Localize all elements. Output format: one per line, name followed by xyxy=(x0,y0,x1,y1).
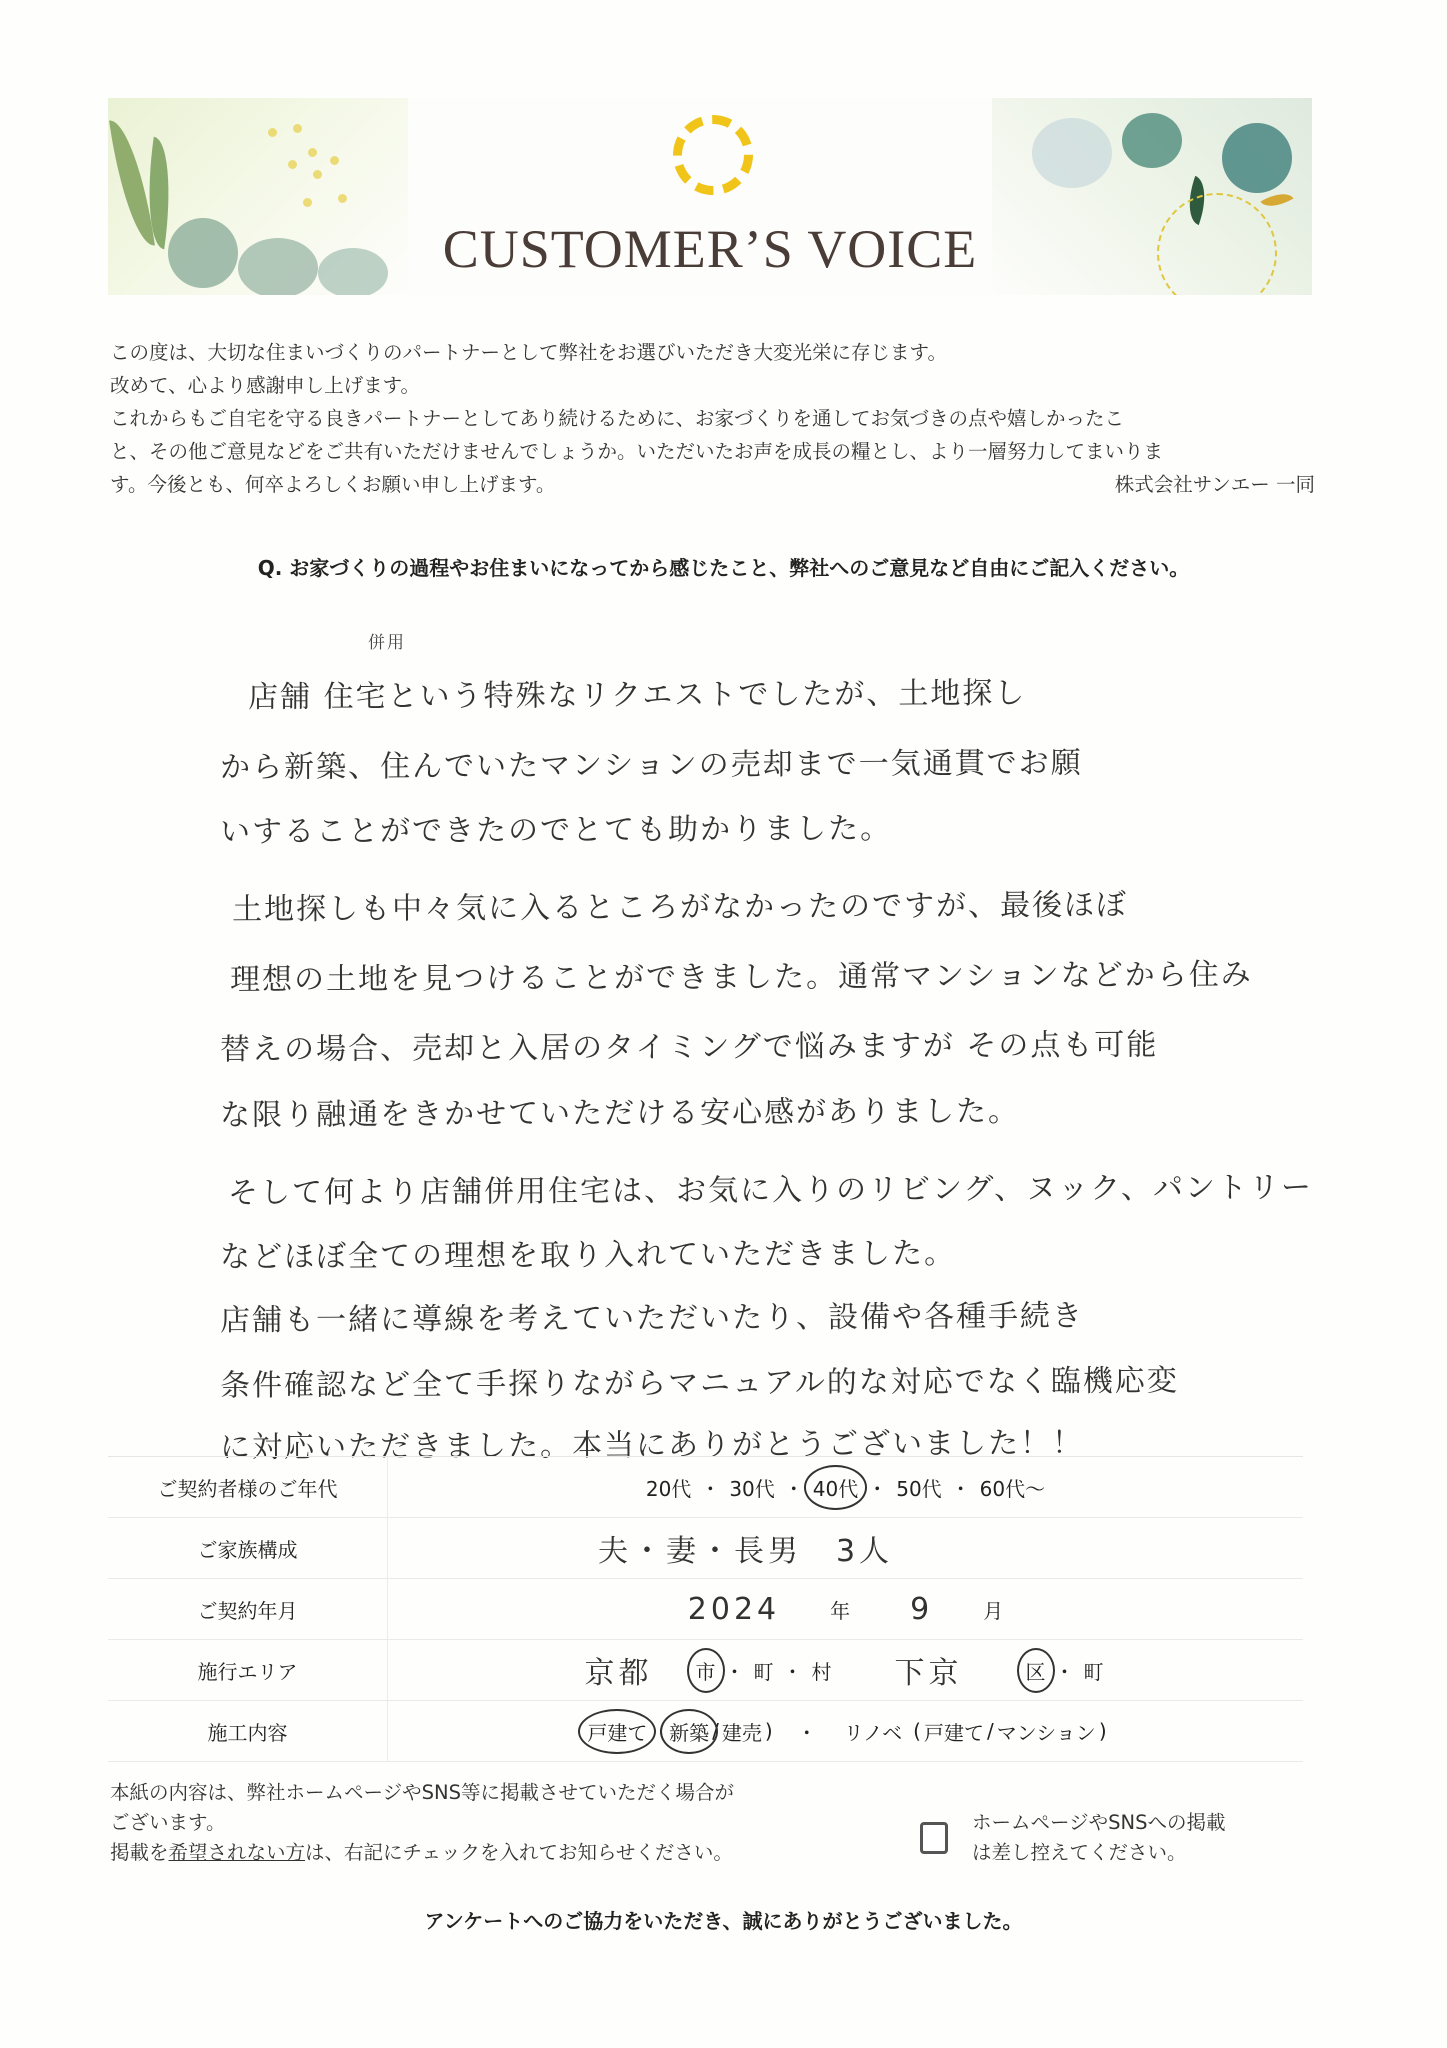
work-kodate-selected[interactable]: 戸建て xyxy=(584,1717,650,1746)
ward-option[interactable]: 町 xyxy=(1081,1656,1107,1685)
age-options: 20代・ 30代・ 40代・ 50代・ 60代～ xyxy=(388,1457,1303,1517)
gold-dot-icon xyxy=(313,170,322,179)
notice-line: 本紙の内容は、弊社ホームページやSNS等に掲載させていただく場合が xyxy=(110,1778,734,1808)
contract-month: 9 xyxy=(910,1592,933,1627)
header-banner: CUSTOMER’S VOICE xyxy=(108,98,1312,295)
age-option[interactable]: 20代 xyxy=(643,1473,694,1502)
contract-year: 2024 xyxy=(688,1592,780,1627)
gold-ring-emblem-icon xyxy=(673,115,753,195)
intro-line: 改めて、心より感謝申し上げます。 xyxy=(110,369,1315,402)
work-renove[interactable]: リノベ xyxy=(841,1717,905,1746)
city-option-selected[interactable]: 市 xyxy=(693,1656,719,1685)
city-option[interactable]: 町 xyxy=(751,1656,777,1685)
area-label: 施行エリア xyxy=(108,1640,388,1700)
leaf-icon xyxy=(1222,123,1292,193)
area-prefecture: 京都 xyxy=(585,1648,653,1692)
answer-line: 店舗も一緒に導線を考えていただいたり、設備や各種手続き xyxy=(220,1291,1084,1340)
work-tateuri[interactable]: 建売 xyxy=(719,1717,765,1746)
row-area: 施行エリア 京都 市・ 町・ 村 下京 区・ 町 xyxy=(108,1640,1303,1701)
answer-line: 店舗 住宅という特殊なリクエストでしたが、土地探し xyxy=(248,668,1027,716)
contract-info-table: ご契約者様のご年代 20代・ 30代・ 40代・ 50代・ 60代～ ご家族構成… xyxy=(108,1456,1303,1762)
gold-dot-icon xyxy=(338,194,347,203)
area-field[interactable]: 京都 市・ 町・ 村 下京 区・ 町 xyxy=(388,1640,1303,1700)
thank-you-message: アンケートへのご協力をいただき、誠にありがとうございました。 xyxy=(0,1905,1447,1934)
city-option[interactable]: 村 xyxy=(809,1656,835,1685)
month-unit: 月 xyxy=(983,1595,1003,1624)
age-option[interactable]: 30代 xyxy=(726,1473,777,1502)
answer-line: 条件確認など全て手探りながらマニュアル的な対応でなく臨機応変 xyxy=(220,1355,1179,1404)
year-unit: 年 xyxy=(830,1595,850,1624)
notice-line: ございます。 xyxy=(110,1808,734,1838)
optout-option[interactable]: ホームページやSNSへの掲載 は差し控えてください。 xyxy=(920,1798,1290,1878)
optout-label-line: は差し控えてください。 xyxy=(972,1838,1225,1868)
family-label: ご家族構成 xyxy=(108,1518,388,1578)
gold-dot-icon xyxy=(303,198,312,207)
question-prompt: Q. お家づくりの過程やお住まいになってから感じたこと、弊社へのご意見など自由に… xyxy=(0,552,1447,581)
gold-ring-icon xyxy=(1157,193,1277,295)
age-option[interactable]: 60代～ xyxy=(977,1473,1048,1502)
age-option[interactable]: 50代 xyxy=(893,1473,944,1502)
optout-label: ホームページやSNSへの掲載 は差し控えてください。 xyxy=(972,1808,1225,1868)
answer-line: 理想の土地を見つけることができました。通常マンションなどから住み xyxy=(230,949,1253,998)
optout-label-line: ホームページやSNSへの掲載 xyxy=(972,1808,1225,1838)
answer-line: から新築、住んでいたマンションの売却まで一気通貫でお願 xyxy=(220,738,1083,787)
work-shinchiku-selected[interactable]: 新築 xyxy=(666,1717,712,1746)
row-family: ご家族構成 夫・妻・長男 3人 xyxy=(108,1518,1303,1579)
leaf-icon xyxy=(1122,113,1182,168)
answer-line: 土地探しも中々気に入るところがなかったのですが、最後ほぼ xyxy=(232,880,1128,929)
area-ward: 下京 xyxy=(895,1648,963,1692)
answer-line: な限り融通をきかせていただける安心感がありました。 xyxy=(220,1086,1020,1134)
gold-dot-icon xyxy=(288,160,297,169)
contract-date-label: ご契約年月 xyxy=(108,1579,388,1639)
work-options: 戸建て ( 新築 / 建売 ) ・ リノベ ( 戸建て / マンション ) xyxy=(388,1701,1303,1761)
family-field[interactable]: 夫・妻・長男 3人 xyxy=(388,1518,1303,1578)
gold-dot-icon xyxy=(308,148,317,157)
intro-message: この度は、大切な住まいづくりのパートナーとして弊社をお選びいただき大変光栄に存じ… xyxy=(110,336,1315,501)
notice-line: 掲載を希望されない方は、右記にチェックを入れてお知らせください。 xyxy=(110,1838,734,1868)
work-renove-mansion[interactable]: マンション xyxy=(994,1717,1099,1746)
answer-line: 替えの場合、売却と入居のタイミングで悩みますが その点も可能 xyxy=(220,1020,1159,1069)
gold-dot-icon xyxy=(293,124,302,133)
intro-line: と、その他ご意見などをご共有いただけませんでしょうか。いただいたお声を成長の糧と… xyxy=(110,435,1315,468)
age-label: ご契約者様のご年代 xyxy=(108,1457,388,1517)
work-label: 施工内容 xyxy=(108,1701,388,1761)
row-contract-date: ご契約年月 2024 年 9 月 xyxy=(108,1579,1303,1640)
optout-checkbox[interactable] xyxy=(920,1822,948,1854)
answer-line: などほぼ全ての理想を取り入れていただきました。 xyxy=(220,1228,956,1276)
intro-line: これからもご自宅を守る良きパートナーとしてあり続けるために、お家づくりを通してお… xyxy=(110,402,1315,435)
publication-notice: 本紙の内容は、弊社ホームページやSNS等に掲載させていただく場合が ございます。… xyxy=(110,1778,734,1868)
work-renove-kodate[interactable]: 戸建て xyxy=(921,1717,987,1746)
company-signature: 株式会社サンエー 一同 xyxy=(1115,468,1315,501)
age-option-selected[interactable]: 40代 xyxy=(810,1473,861,1502)
gold-dot-icon xyxy=(268,128,277,137)
row-work: 施工内容 戸建て ( 新築 / 建売 ) ・ リノベ ( 戸建て / マンション… xyxy=(108,1701,1303,1762)
contract-date-field[interactable]: 2024 年 9 月 xyxy=(388,1579,1303,1639)
notice-text: は、右記にチェックを入れてお知らせください。 xyxy=(305,1841,733,1864)
insert-note: 併用 xyxy=(368,628,406,653)
leaf-icon xyxy=(1032,118,1112,188)
answer-line: いすることができたのでとても助かりました。 xyxy=(220,803,892,851)
botanical-illustration-right xyxy=(992,98,1312,295)
notice-text: 掲載を xyxy=(110,1841,169,1864)
notice-underlined: 希望されない方 xyxy=(169,1841,306,1864)
row-age: ご契約者様のご年代 20代・ 30代・ 40代・ 50代・ 60代～ xyxy=(108,1457,1303,1518)
family-value: 夫・妻・長男 3人 xyxy=(598,1526,893,1570)
gold-dot-icon xyxy=(330,156,339,165)
ward-option-selected[interactable]: 区 xyxy=(1023,1656,1049,1685)
intro-line: この度は、大切な住まいづくりのパートナーとして弊社をお選びいただき大変光栄に存じ… xyxy=(110,336,1315,369)
answer-line: そして何より店舗併用住宅は、お気に入りのリビング、ヌック、パントリー xyxy=(228,1162,1313,1212)
